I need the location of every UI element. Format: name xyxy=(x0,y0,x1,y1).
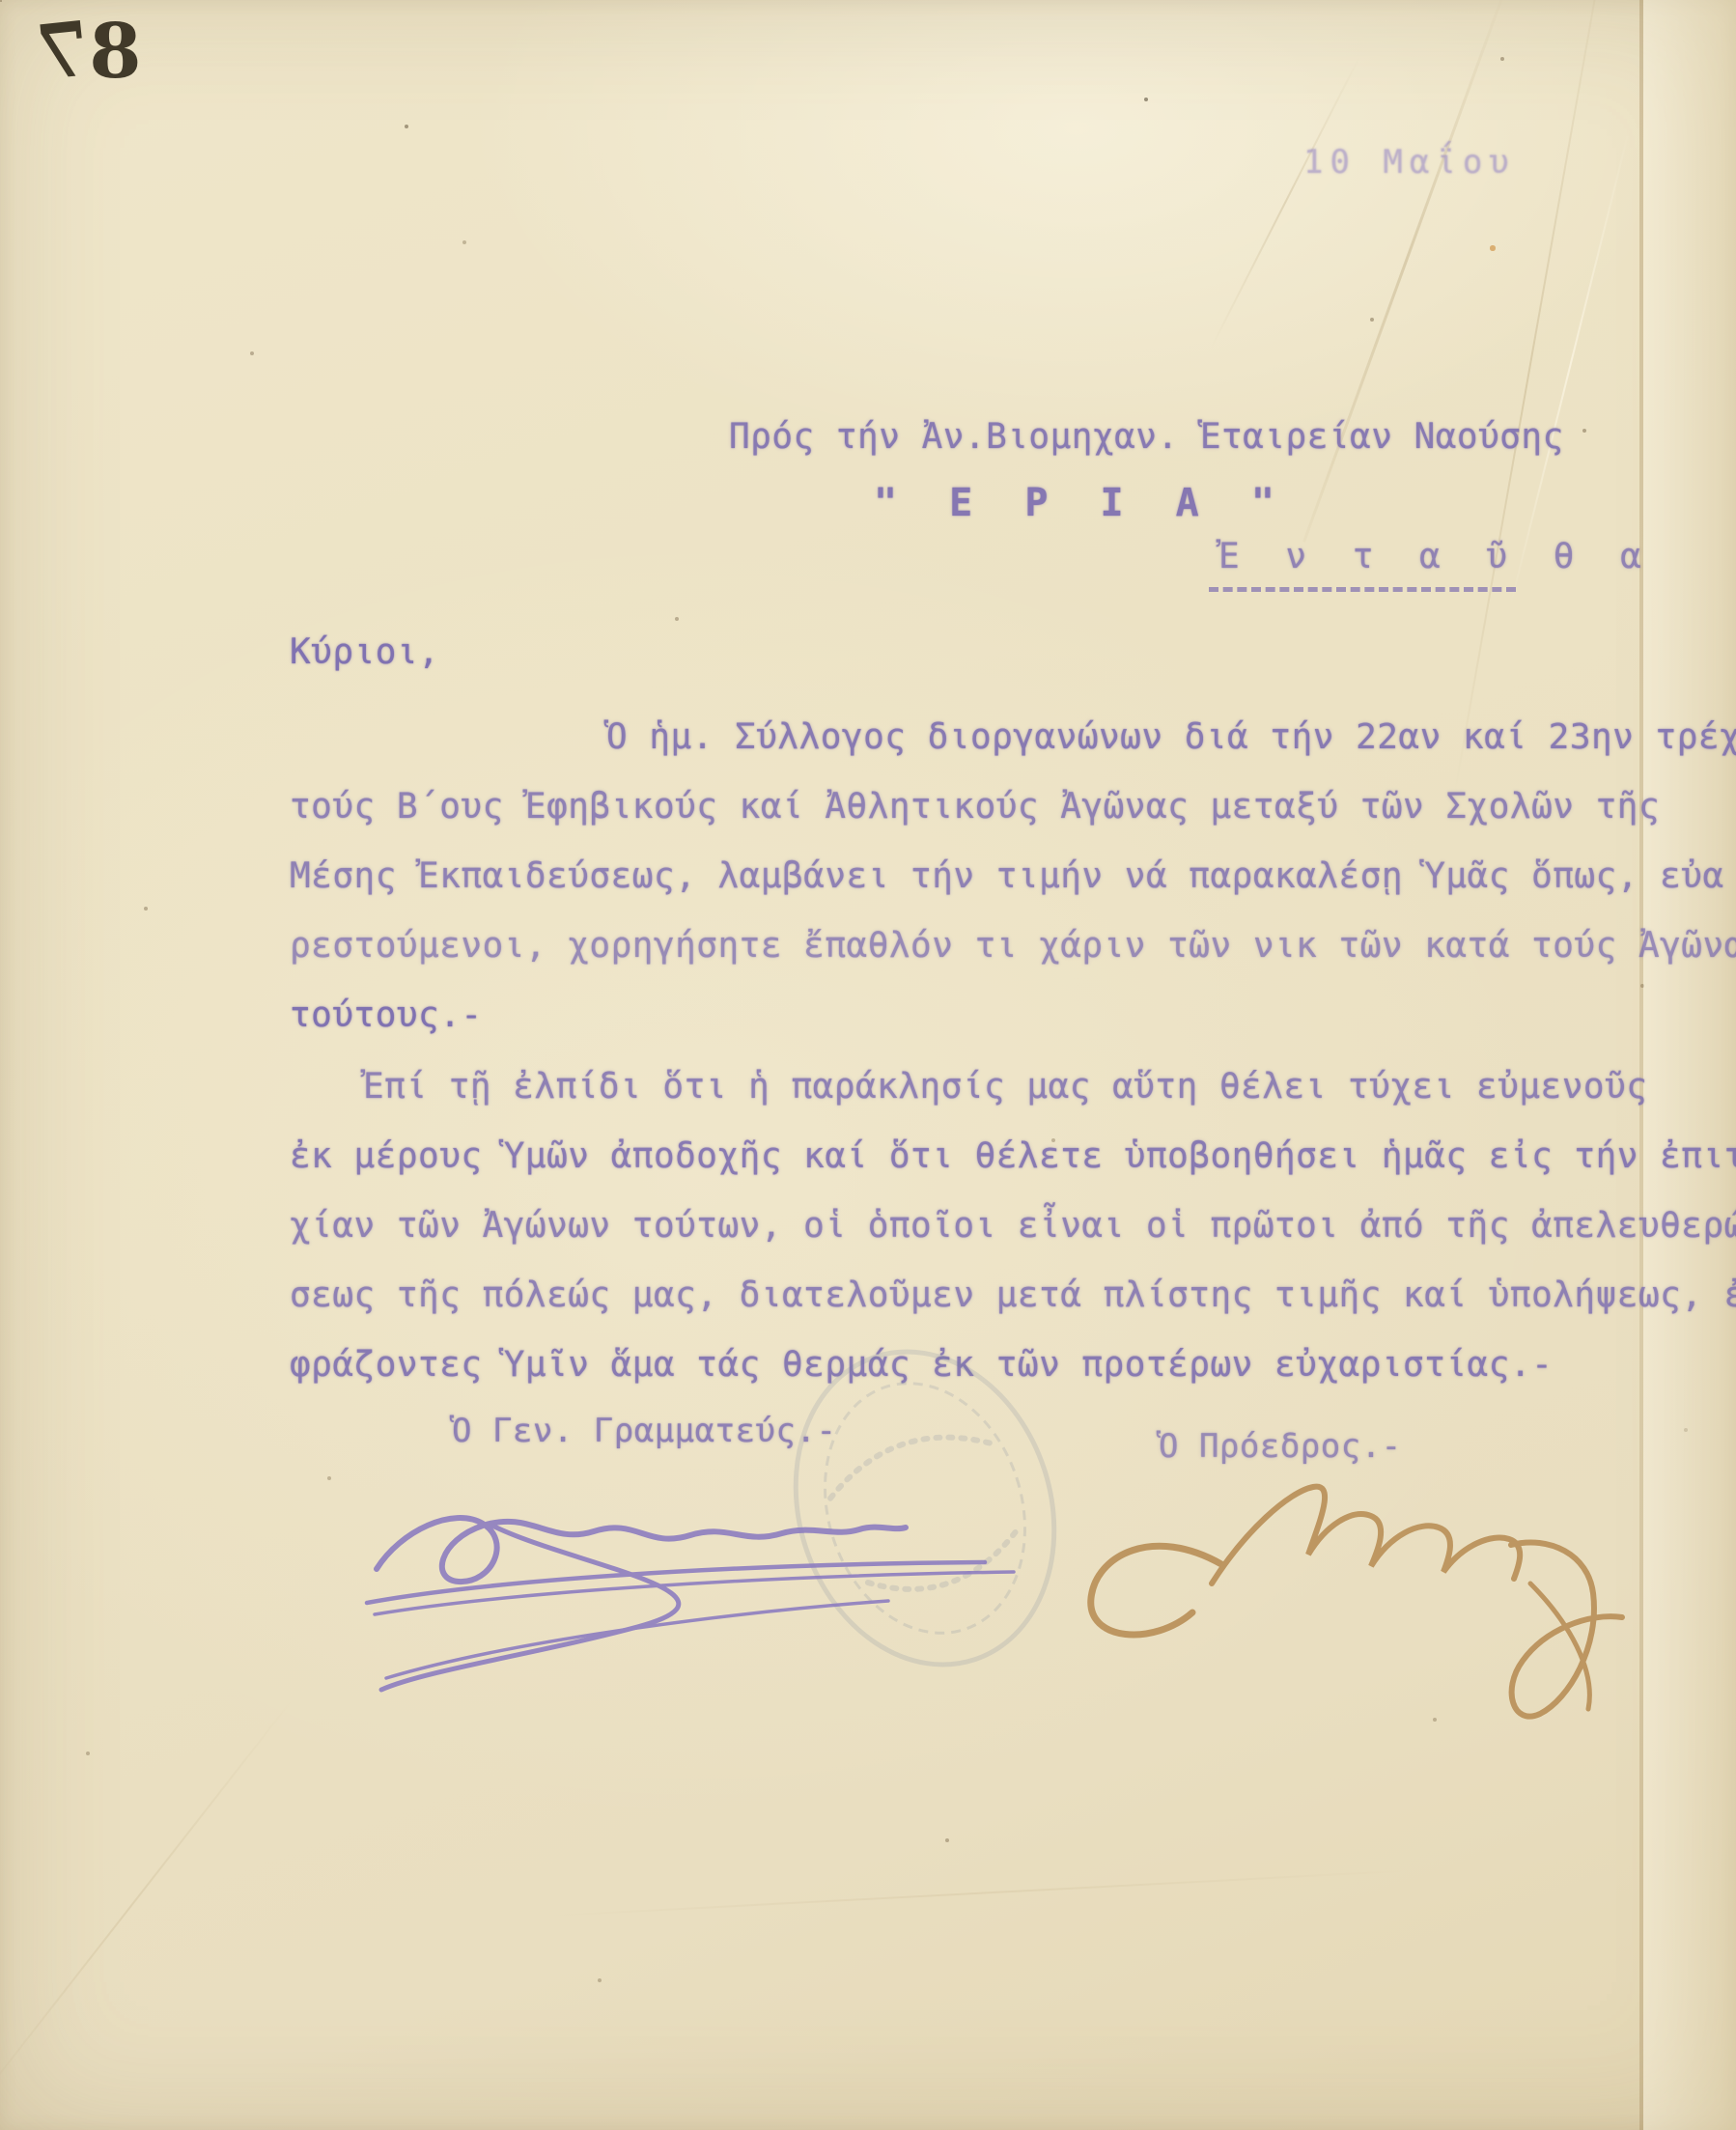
paper-speckles xyxy=(0,0,2,2)
crease-line xyxy=(1453,0,1599,796)
handwritten-page-number: 78 xyxy=(35,8,144,96)
body-paragraph2-line: σεως τῆς πόλεώς μας, διατελοῦμεν μετά πλ… xyxy=(290,1261,1736,1331)
salutation: Κύριοι, xyxy=(290,632,439,672)
body-paragraph2-line: ἐκ μέρους Ὑμῶν ἀποδοχῆς καί ὅτι θέλετε ὑ… xyxy=(290,1122,1736,1191)
body-paragraph1-line: τούτους.- xyxy=(290,981,483,1051)
crease-line xyxy=(542,1869,1410,1917)
scanned-letter-page: 78 10 Μαΐου Πρός τήν Ἀν.Βιομηχαν. Ἑταιρε… xyxy=(0,0,1736,2130)
place-underline xyxy=(1209,587,1516,592)
address-place-line: Ἐ ν τ α ῦ θ α xyxy=(1218,537,1654,576)
page-number-digit: 7 xyxy=(30,5,93,98)
signature-secretary xyxy=(348,1448,1043,1699)
secretary-title: Ὁ Γεν. Γραμματεύς.- xyxy=(452,1412,836,1450)
address-recipient-line: Πρός τήν Ἀν.Βιομηχαν. Ἑταιρείαν Ναούσης xyxy=(729,417,1564,457)
page-edge-strip xyxy=(1643,0,1736,2130)
body-paragraph1-line: Ὁ ἡμ. Σύλλογος διοργανώνων διά τήν 22αν … xyxy=(290,703,1736,772)
body-paragraph1-line: τούς Β΄ους Ἐφηβικούς καί Ἀθλητικούς Ἀγῶν… xyxy=(290,772,1660,842)
body-paragraph2-line: χίαν τῶν Ἀγώνων τούτων, οἱ ὁποῖοι εἶναι … xyxy=(290,1191,1736,1261)
page-number-digit: 8 xyxy=(89,8,143,96)
body-paragraph1-line: Μέσης Ἐκπαιδεύσεως, λαμβάνει τήν τιμήν ν… xyxy=(290,842,1724,911)
signature-president xyxy=(1067,1419,1646,1738)
body-paragraph1-line: ρεστούμενοι, χορηγήσητε ἔπαθλόν τι χάριν… xyxy=(290,911,1736,981)
address-company-name: " Ε Ρ Ι Α " xyxy=(874,481,1289,525)
crease-line xyxy=(1210,56,1360,350)
letter-date: 10 Μαΐου xyxy=(1303,143,1516,182)
crease-line xyxy=(1302,0,1510,543)
body-paragraph2-line: Ἐπί τῇ ἐλπίδι ὅτι ἡ παράκλησίς μας αὕτη … xyxy=(290,1052,1647,1122)
crease-line xyxy=(0,1698,294,2126)
